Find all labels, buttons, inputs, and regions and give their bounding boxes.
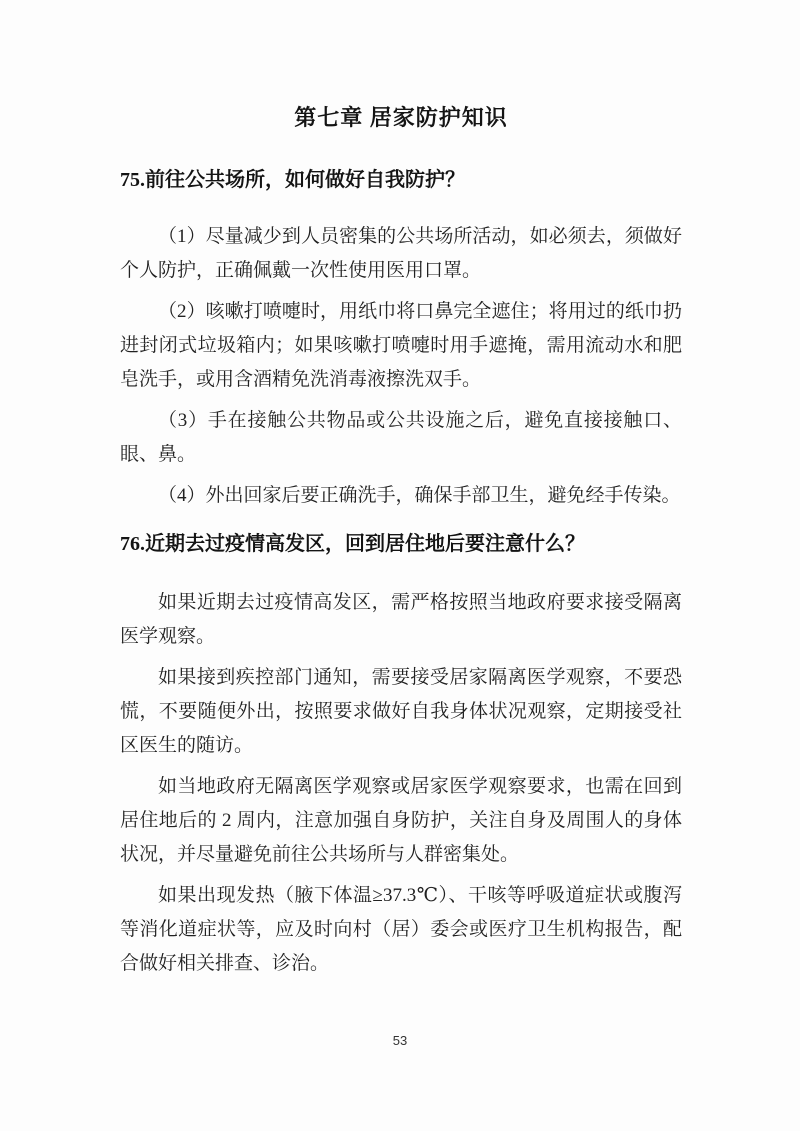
answer-paragraph: （1）尽量减少到人员密集的公共场所活动，如必须去，须做好个人防护，正确佩戴一次性… [120, 220, 682, 288]
question-section-76: 76.近期去过疫情高发区，回到居住地后要注意什么？ 如果近期去过疫情高发区，需严… [120, 531, 682, 981]
page-number: 53 [0, 1033, 800, 1048]
question-heading-75: 75.前往公共场所，如何做好自我防护？ [120, 167, 682, 193]
question-section-75: 75.前往公共场所，如何做好自我防护？ （1）尽量减少到人员密集的公共场所活动，… [120, 167, 682, 513]
answer-paragraph: 如果接到疾控部门通知，需要接受居家隔离医学观察，不要恐慌，不要随便外出，按照要求… [120, 661, 682, 763]
answer-paragraph: （4）外出回家后要正确洗手，确保手部卫生，避免经手传染。 [120, 479, 682, 513]
answer-paragraph: 如果近期去过疫情高发区，需严格按照当地政府要求接受隔离医学观察。 [120, 586, 682, 654]
question-heading-76: 76.近期去过疫情高发区，回到居住地后要注意什么？ [120, 531, 682, 557]
answer-paragraph: （2）咳嗽打喷嚏时，用纸巾将口鼻完全遮住；将用过的纸巾扔进封闭式垃圾箱内；如果咳… [120, 295, 682, 397]
answer-paragraph: 如果出现发热（腋下体温≥37.3℃）、干咳等呼吸道症状或腹泻等消化道症状等，应及… [120, 879, 682, 981]
document-page: 第七章 居家防护知识 75.前往公共场所，如何做好自我防护？ （1）尽量减少到人… [0, 0, 800, 1131]
answer-paragraph: （3）手在接触公共物品或公共设施之后，避免直接接触口、眼、鼻。 [120, 404, 682, 472]
chapter-title: 第七章 居家防护知识 [120, 105, 682, 131]
answer-paragraph: 如当地政府无隔离医学观察或居家医学观察要求，也需在回到居住地后的 2 周内，注意… [120, 770, 682, 872]
